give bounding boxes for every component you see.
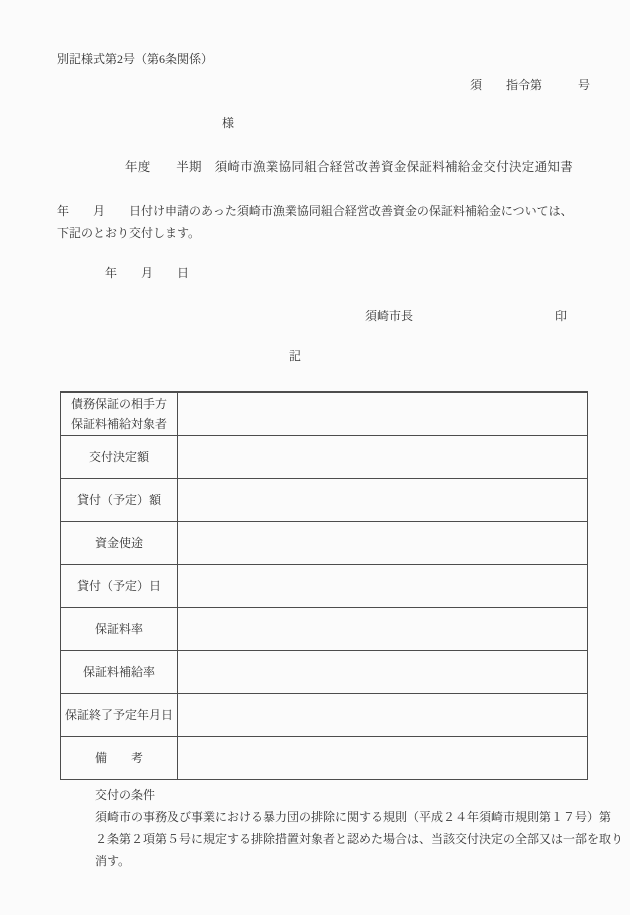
row-label: 保証料率 <box>61 608 178 650</box>
table-row: 備 考 <box>61 736 587 779</box>
row-value-cell <box>178 694 587 736</box>
row-label: 貸付（予定）日 <box>61 565 178 607</box>
document-page: 別記様式第2号（第6条関係） 須 指令第 号 様 年度 半期 須崎市漁業協同組合… <box>0 0 630 915</box>
conditions-line: 消す。 <box>95 850 605 872</box>
row-value-cell <box>178 479 587 521</box>
conditions-line: 須崎市の事務及び事業における暴力団の排除に関する規則（平成２４年須崎市規則第１７… <box>95 806 605 828</box>
addressee-label: 様 <box>222 114 234 131</box>
seal-mark: 印 <box>555 307 567 324</box>
row-value-cell <box>178 565 587 607</box>
table-row: 保証料率 <box>61 607 587 650</box>
row-value-cell <box>178 737 587 779</box>
mayor-name: 須崎市長 <box>365 307 413 324</box>
table-row: 保証終了予定年月日 <box>61 693 587 736</box>
details-table: 債務保証の相手方 保証料補給対象者 交付決定額 貸付（予定）額 資金使途 貸付（… <box>60 391 588 780</box>
grant-conditions: 交付の条件 須崎市の事務及び事業における暴力団の排除に関する規則（平成２４年須崎… <box>95 784 605 872</box>
document-title: 年度 半期 須崎市漁業協同組合経営改善資金保証料補給金交付決定通知書 <box>125 157 573 175</box>
row-value-cell <box>178 393 587 435</box>
row-label: 保証終了予定年月日 <box>61 694 178 736</box>
body-paragraph-line: 下記のとおり交付します。 <box>57 222 605 244</box>
row-label: 貸付（予定）額 <box>61 479 178 521</box>
row-label: 備 考 <box>61 737 178 779</box>
table-row: 貸付（予定）日 <box>61 564 587 607</box>
row-label: 債務保証の相手方 保証料補給対象者 <box>61 393 178 435</box>
form-number: 別記様式第2号（第6条関係） <box>57 50 213 67</box>
table-row: 貸付（予定）額 <box>61 478 587 521</box>
body-paragraph: 年 月 日付け申請のあった須崎市漁業協同組合経営改善資金の保証料補給金については… <box>57 200 605 244</box>
row-value-cell <box>178 651 587 693</box>
row-value-cell <box>178 608 587 650</box>
row-label: 保証料補給率 <box>61 651 178 693</box>
table-row: 債務保証の相手方 保証料補給対象者 <box>61 392 587 435</box>
conditions-heading: 交付の条件 <box>95 784 605 806</box>
table-row: 資金使途 <box>61 521 587 564</box>
conditions-paragraph: 須崎市の事務及び事業における暴力団の排除に関する規則（平成２４年須崎市規則第１７… <box>95 806 605 872</box>
directive-number: 須 指令第 号 <box>470 76 590 93</box>
conditions-line: ２条第２項第５号に規定する排除措置対象者と認めた場合は、当該交付決定の全部又は一… <box>95 828 605 850</box>
table-row: 交付決定額 <box>61 435 587 478</box>
row-value-cell <box>178 522 587 564</box>
signature-line: 須崎市長 印 <box>365 307 567 324</box>
row-value-cell <box>178 436 587 478</box>
section-marker-ki: 記 <box>289 347 301 364</box>
table-row: 保証料補給率 <box>61 650 587 693</box>
row-label: 資金使途 <box>61 522 178 564</box>
row-label: 交付決定額 <box>61 436 178 478</box>
body-paragraph-line: 年 月 日付け申請のあった須崎市漁業協同組合経営改善資金の保証料補給金については… <box>57 200 605 222</box>
issue-date-line: 年 月 日 <box>105 264 189 281</box>
